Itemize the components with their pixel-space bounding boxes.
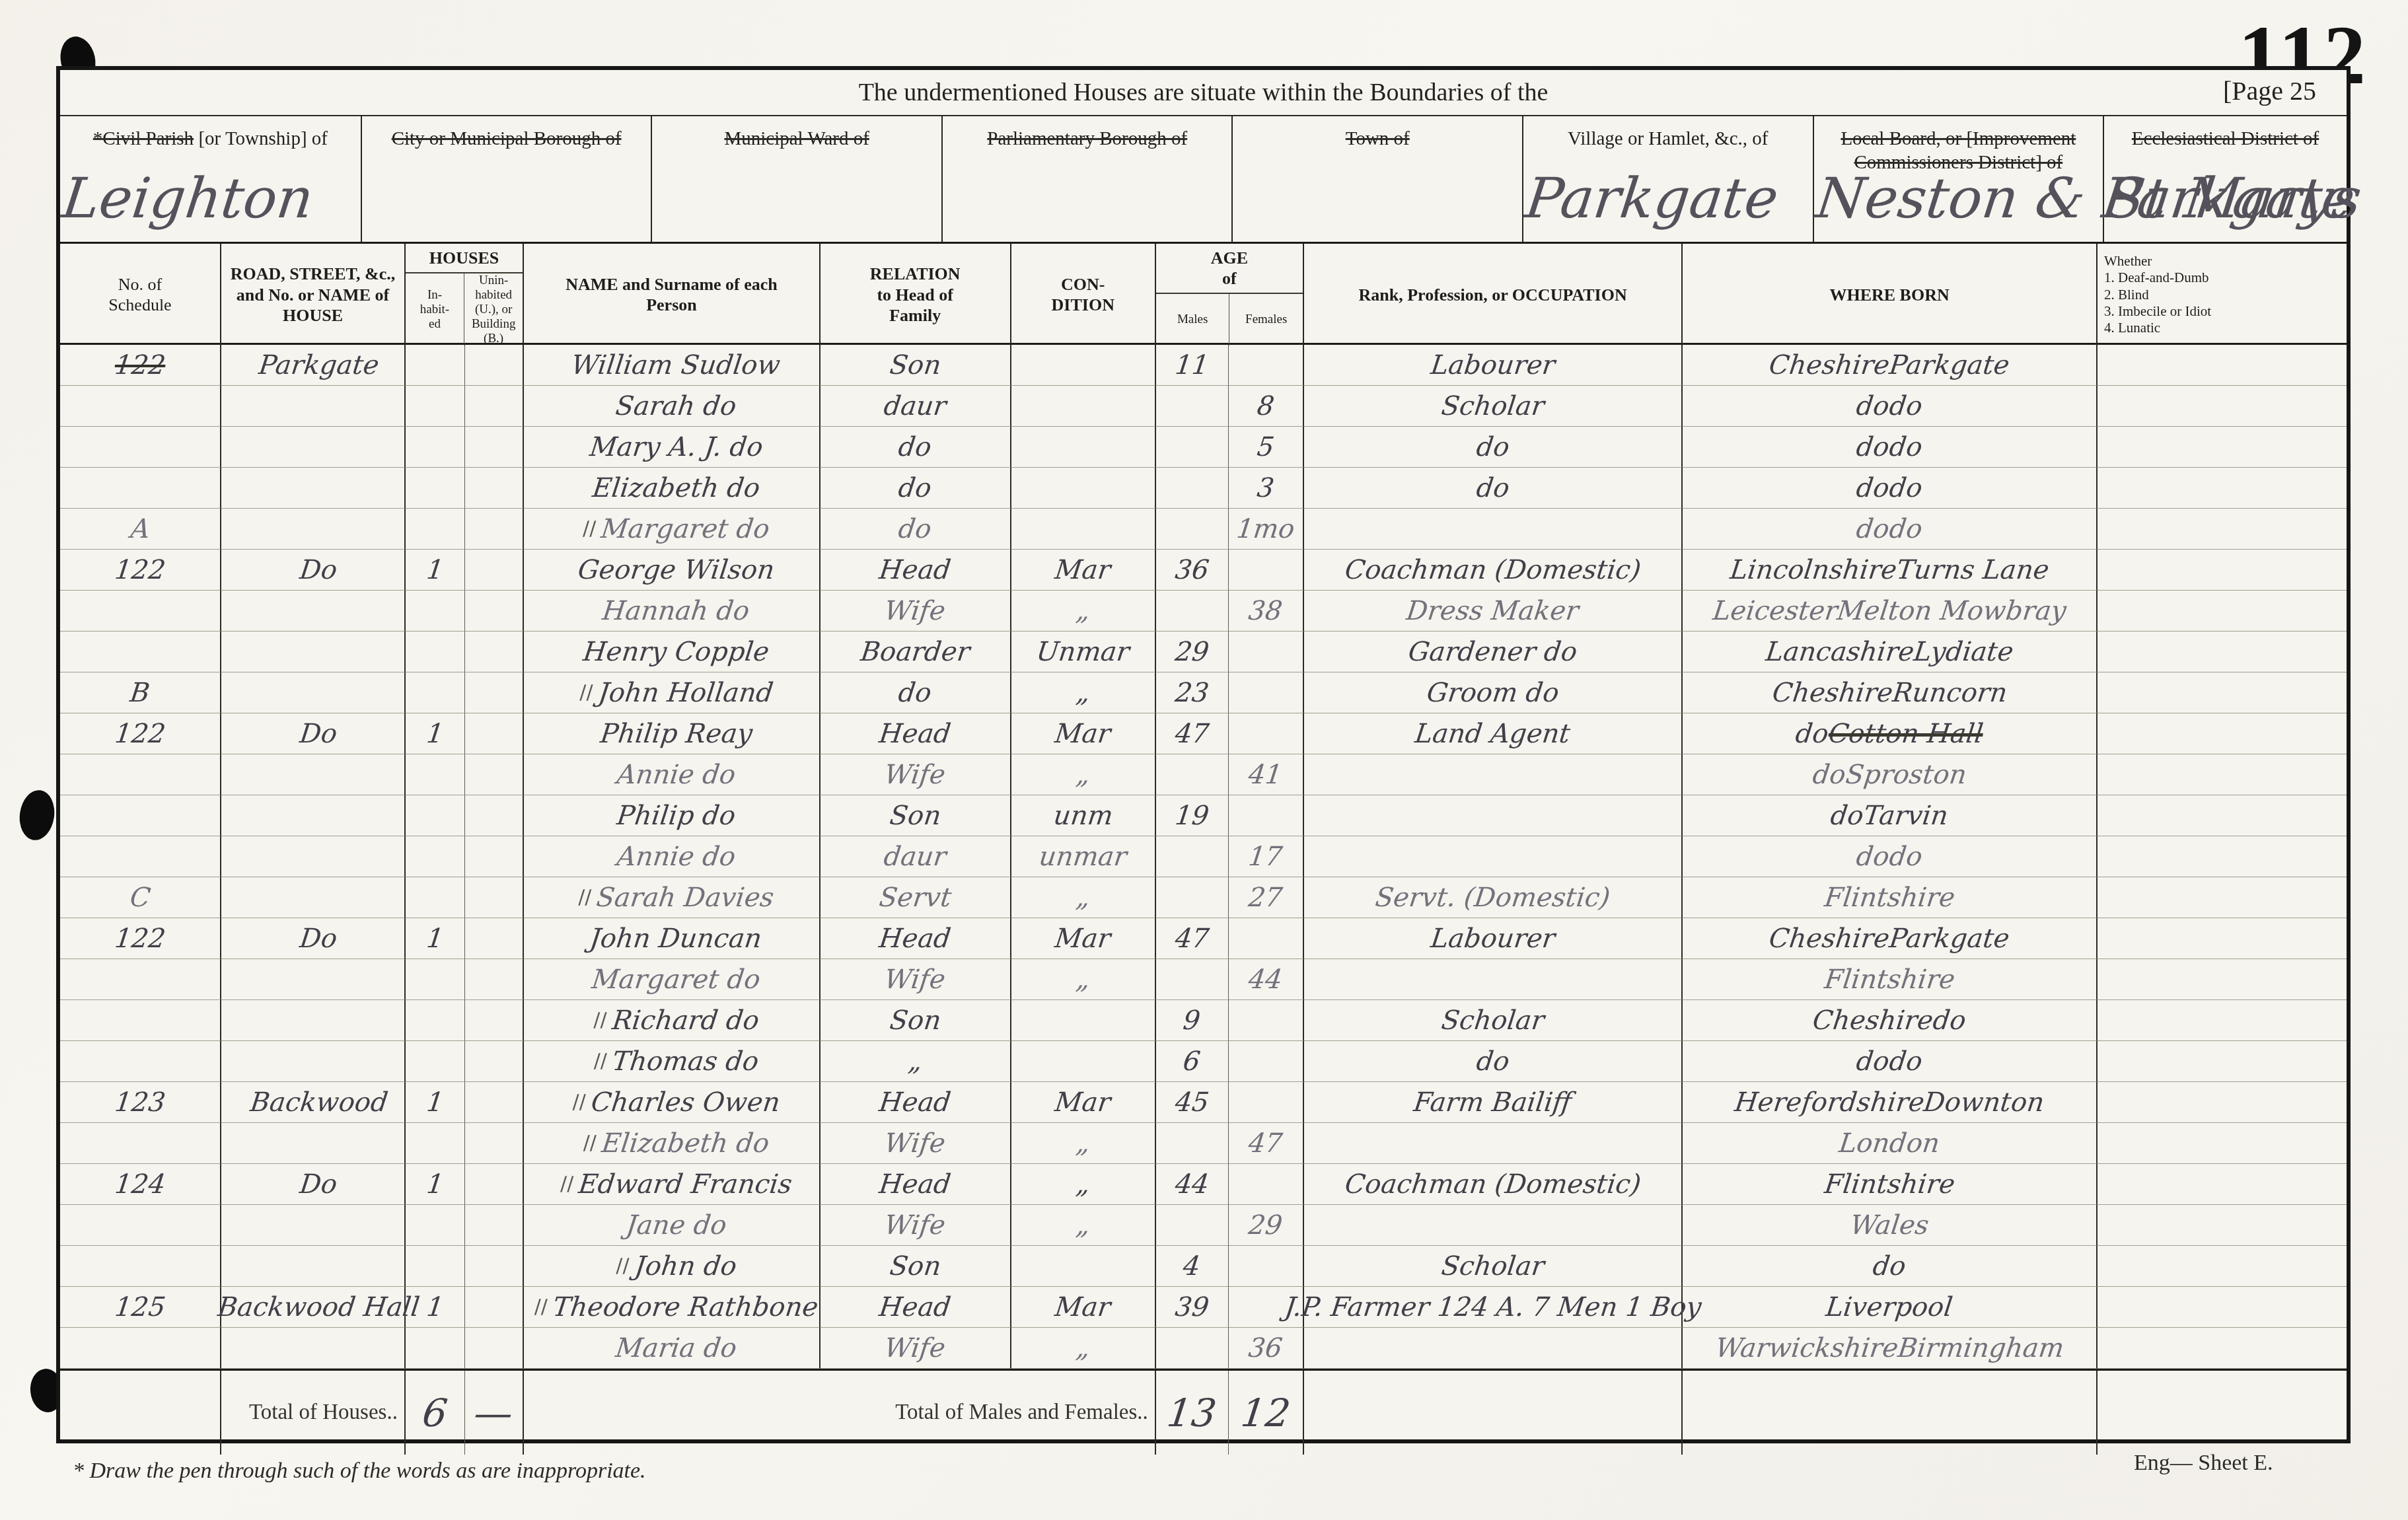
cell-occupation: Scholar bbox=[1304, 1246, 1683, 1287]
cell-born-right: Runcorn bbox=[1891, 678, 2009, 708]
cell-age-male: 23 bbox=[1156, 672, 1229, 713]
cell-born: dodo bbox=[1683, 509, 2098, 550]
cell-condition-text: „ bbox=[1074, 1333, 1091, 1363]
cell-occupation: Coachman (Domestic) bbox=[1304, 550, 1683, 591]
cell-born-left: Herefordshire bbox=[1733, 1087, 1926, 1118]
form-border: The undermentioned Houses are situate wi… bbox=[56, 66, 2351, 1443]
cell-name: ∕∕Charles Owen bbox=[524, 1082, 821, 1123]
cell-road bbox=[221, 959, 406, 1000]
tick-mark: ∕∕ bbox=[593, 1009, 606, 1032]
cell-infirmity bbox=[2098, 468, 2347, 509]
cell-schedule: 122 bbox=[60, 713, 221, 754]
cell-name: Hannah do bbox=[524, 591, 821, 632]
cell-age-male-text: 39 bbox=[1173, 1292, 1211, 1322]
cell-age-male: 45 bbox=[1156, 1082, 1229, 1123]
cell-schedule-text: 122 bbox=[113, 719, 167, 749]
cell-schedule bbox=[60, 427, 221, 468]
cell-infirmity bbox=[2098, 1041, 2347, 1082]
cell-occupation-text: Scholar bbox=[1440, 1251, 1546, 1282]
cell-occupation-text: Labourer bbox=[1429, 923, 1556, 954]
census-row: Mary A. J. dodo5dododo bbox=[60, 427, 2347, 468]
cell-age-female: 47 bbox=[1229, 1123, 1305, 1164]
cell-born-left: Lincolnshire bbox=[1728, 555, 1899, 585]
cell-name-text: Elizabeth do bbox=[600, 1128, 771, 1159]
total-houses-value: 6 bbox=[420, 1391, 450, 1435]
cell-condition-text: Mar bbox=[1053, 1292, 1113, 1322]
census-row: B∕∕John Hollanddo„23Groom doCheshireRunc… bbox=[60, 672, 2347, 713]
cell-road: Backwood Hall bbox=[221, 1287, 406, 1328]
cell-schedule bbox=[60, 1328, 221, 1369]
cell-age-male-text: 4 bbox=[1182, 1251, 1202, 1282]
cell-infirmity bbox=[2098, 754, 2347, 795]
cell-road-text: Backwood Hall bbox=[216, 1292, 421, 1322]
cell-name: Henry Copple bbox=[524, 632, 821, 672]
cell-inhabited bbox=[406, 345, 465, 386]
cell-born-left: Flintshire bbox=[1823, 1169, 1957, 1200]
cell-schedule: 122 bbox=[60, 918, 221, 959]
totals-empty bbox=[2098, 1371, 2347, 1455]
cell-condition: unm bbox=[1011, 795, 1156, 836]
cell-occupation bbox=[1304, 509, 1683, 550]
cell-name-text: Theodore Rathbone bbox=[551, 1292, 820, 1322]
census-row: Maria doWife„36WarwickshireBirmingham bbox=[60, 1328, 2347, 1369]
cell-occupation-text: Coachman (Domestic) bbox=[1343, 555, 1642, 585]
cell-age-female bbox=[1229, 632, 1305, 672]
cell-relation-text: Wife bbox=[883, 964, 947, 995]
cell-schedule bbox=[60, 468, 221, 509]
cell-relation: daur bbox=[821, 386, 1011, 427]
cell-age-male-text: 47 bbox=[1173, 719, 1211, 749]
cell-age-male bbox=[1156, 386, 1229, 427]
cell-road bbox=[221, 795, 406, 836]
cell-born: dodo bbox=[1683, 1041, 2098, 1082]
footnote: * Draw the pen through such of the words… bbox=[73, 1459, 646, 1484]
cell-relation-text: Servt bbox=[877, 883, 953, 913]
cell-born: Liverpool bbox=[1683, 1287, 2098, 1328]
cell-condition bbox=[1011, 1246, 1156, 1287]
cell-relation: Boarder bbox=[821, 632, 1011, 672]
col-header-condition: CON- DITION bbox=[1011, 244, 1156, 345]
cell-name: Sarah do bbox=[524, 386, 821, 427]
district-label-struck: *Civil Parish bbox=[93, 128, 194, 149]
cell-uninhabited bbox=[465, 713, 525, 754]
cell-relation-text: Wife bbox=[883, 1333, 947, 1363]
cell-occupation: do bbox=[1304, 468, 1683, 509]
cell-infirmity bbox=[2098, 509, 2347, 550]
cell-born: do bbox=[1683, 1246, 2098, 1287]
cell-age-male-text: 11 bbox=[1173, 350, 1211, 380]
cell-schedule-text: 125 bbox=[113, 1292, 167, 1322]
cell-schedule-text: C bbox=[128, 883, 152, 913]
cell-infirmity bbox=[2098, 918, 2347, 959]
cell-age-male: 19 bbox=[1156, 795, 1229, 836]
census-row: 122ParkgateWilliam SudlowSon11LabourerCh… bbox=[60, 345, 2347, 386]
cell-relation: daur bbox=[821, 836, 1011, 877]
cell-age-male bbox=[1156, 468, 1229, 509]
cell-uninhabited bbox=[465, 509, 525, 550]
cell-condition bbox=[1011, 1041, 1156, 1082]
cell-relation-text: daur bbox=[882, 842, 948, 872]
total-houses-label: Total of Houses.. bbox=[221, 1371, 406, 1455]
cell-road bbox=[221, 836, 406, 877]
cell-infirmity bbox=[2098, 795, 2347, 836]
cell-name: ∕∕Richard do bbox=[524, 1000, 821, 1041]
cell-inhabited: 1 bbox=[406, 1287, 465, 1328]
cell-age-male bbox=[1156, 877, 1229, 918]
cell-uninhabited bbox=[465, 591, 525, 632]
cell-condition: „ bbox=[1011, 959, 1156, 1000]
cell-relation-text: Wife bbox=[883, 1128, 947, 1159]
cell-road: Do bbox=[221, 918, 406, 959]
page-bracket: [Page 25 bbox=[2223, 75, 2316, 106]
district-label-struck: Municipal Ward of bbox=[724, 128, 869, 149]
cell-age-female: 3 bbox=[1229, 468, 1305, 509]
cell-uninhabited bbox=[465, 386, 525, 427]
col-header-females: Females bbox=[1229, 294, 1303, 345]
cell-born-right: do bbox=[1887, 473, 1924, 503]
cell-relation-text: do bbox=[897, 432, 933, 462]
cell-name-text: Margaret do bbox=[590, 964, 762, 995]
census-row: ∕∕Richard doSon9ScholarCheshiredo bbox=[60, 1000, 2347, 1041]
cell-age-male: 44 bbox=[1156, 1164, 1229, 1205]
cell-road: Do bbox=[221, 1164, 406, 1205]
cell-age-male: 47 bbox=[1156, 918, 1229, 959]
cell-occupation: Scholar bbox=[1304, 1000, 1683, 1041]
cell-age-male bbox=[1156, 591, 1229, 632]
cell-condition-text: Mar bbox=[1053, 1087, 1113, 1118]
district-label-struck: Ecclesiastical District of bbox=[2132, 128, 2319, 149]
cell-name-text: Sarah do bbox=[614, 391, 738, 421]
cell-age-female bbox=[1229, 1041, 1305, 1082]
census-row: A∕∕Margaret dodo1mododo bbox=[60, 509, 2347, 550]
cell-road: Do bbox=[221, 550, 406, 591]
cell-condition bbox=[1011, 1000, 1156, 1041]
cell-name-text: Maria do bbox=[614, 1333, 739, 1363]
cell-age-female bbox=[1229, 550, 1305, 591]
census-row: 122Do1John DuncanHeadMar47LabourerCheshi… bbox=[60, 918, 2347, 959]
col-header-rank: Rank, Profession, or OCCUPATION bbox=[1304, 244, 1683, 345]
cell-occupation-text: Farm Bailiff bbox=[1412, 1087, 1573, 1118]
cell-age-male bbox=[1156, 1123, 1229, 1164]
district-cell: City or Municipal Borough of bbox=[362, 116, 653, 242]
cell-relation: Wife bbox=[821, 959, 1011, 1000]
cell-condition: Mar bbox=[1011, 918, 1156, 959]
cell-infirmity bbox=[2098, 1123, 2347, 1164]
cell-age-male: 9 bbox=[1156, 1000, 1229, 1041]
cell-age-female: 38 bbox=[1229, 591, 1305, 632]
district-cell: Ecclesiastical District ofSt Marys bbox=[2104, 116, 2347, 242]
cell-occupation-text: Dress Maker bbox=[1405, 596, 1581, 626]
total-females-value: 12 bbox=[1239, 1391, 1293, 1435]
cell-road bbox=[221, 754, 406, 795]
district-label: Village or Hamlet, &c., of bbox=[1568, 128, 1768, 149]
cell-road bbox=[221, 1123, 406, 1164]
cell-name-text: John Duncan bbox=[589, 923, 764, 954]
cell-age-male bbox=[1156, 1205, 1229, 1246]
cell-age-male bbox=[1156, 427, 1229, 468]
col-header-relation: RELATION to Head of Family bbox=[821, 244, 1011, 345]
sheet-label: Eng— Sheet E. bbox=[2134, 1451, 2273, 1476]
cell-relation: Son bbox=[821, 795, 1011, 836]
cell-born-right: Sproston bbox=[1844, 760, 1968, 790]
cell-schedule bbox=[60, 1205, 221, 1246]
cell-born: Flintshire bbox=[1683, 877, 2098, 918]
cell-schedule: B bbox=[60, 672, 221, 713]
cell-relation: Son bbox=[821, 345, 1011, 386]
cell-inhabited bbox=[406, 1246, 465, 1287]
cell-relation: Servt bbox=[821, 877, 1011, 918]
cell-age-female-text: 27 bbox=[1247, 883, 1284, 913]
cell-name: ∕∕John do bbox=[524, 1246, 821, 1287]
cell-occupation bbox=[1304, 795, 1683, 836]
cell-road-text: Do bbox=[299, 555, 340, 585]
cell-infirmity bbox=[2098, 713, 2347, 754]
cell-name: Margaret do bbox=[524, 959, 821, 1000]
cell-condition-text: „ bbox=[1074, 1169, 1091, 1200]
cell-inhabited: 1 bbox=[406, 550, 465, 591]
cell-age-female: 8 bbox=[1229, 386, 1305, 427]
cell-age-male-text: 47 bbox=[1173, 923, 1211, 954]
cell-condition: „ bbox=[1011, 1328, 1156, 1369]
census-row: ∕∕Thomas do„6dododo bbox=[60, 1041, 2347, 1082]
cell-occupation: Land Agent bbox=[1304, 713, 1683, 754]
cell-occupation-text: Gardener do bbox=[1406, 637, 1579, 667]
cell-born-right: do bbox=[1887, 1046, 1924, 1077]
cell-occupation: do bbox=[1304, 1041, 1683, 1082]
cell-relation-text: do bbox=[897, 514, 933, 544]
census-row: 122Do1George WilsonHeadMar36Coachman (Do… bbox=[60, 550, 2347, 591]
cell-age-male-text: 36 bbox=[1173, 555, 1211, 585]
cell-inhabited bbox=[406, 1123, 465, 1164]
cell-born: Wales bbox=[1683, 1205, 2098, 1246]
cell-occupation bbox=[1304, 1205, 1683, 1246]
cell-born-right: Tarvin bbox=[1862, 801, 1950, 831]
cell-born: Cheshiredo bbox=[1683, 1000, 2098, 1041]
cell-born: doSproston bbox=[1683, 754, 2098, 795]
cell-born-left: Cheshire bbox=[1768, 350, 1892, 380]
cell-schedule: 123 bbox=[60, 1082, 221, 1123]
cell-age-male: 6 bbox=[1156, 1041, 1229, 1082]
cell-name-text: Mary A. J. do bbox=[588, 432, 764, 462]
cell-relation: do bbox=[821, 468, 1011, 509]
cell-born-left: Cheshire bbox=[1770, 678, 1895, 708]
cell-born-left: Warwickshire bbox=[1714, 1333, 1900, 1363]
cell-born-left: do bbox=[1855, 514, 1891, 544]
cell-occupation bbox=[1304, 754, 1683, 795]
census-row: Hannah doWife„38Dress MakerLeicesterMelt… bbox=[60, 591, 2347, 632]
cell-schedule: 125 bbox=[60, 1287, 221, 1328]
cell-schedule-text: 123 bbox=[113, 1087, 167, 1118]
cell-born-left: do bbox=[1855, 1046, 1891, 1077]
cell-inhabited: 1 bbox=[406, 1082, 465, 1123]
cell-relation-text: Head bbox=[877, 1292, 953, 1322]
cell-condition-text: unm bbox=[1052, 801, 1114, 831]
cell-relation: do bbox=[821, 427, 1011, 468]
cell-occupation bbox=[1304, 836, 1683, 877]
cell-occupation bbox=[1304, 1123, 1683, 1164]
cell-name: Annie do bbox=[524, 754, 821, 795]
cell-schedule bbox=[60, 591, 221, 632]
district-value-handwritten: Neston & Parkgate bbox=[1812, 164, 2109, 233]
cell-infirmity bbox=[2098, 1246, 2347, 1287]
cell-road bbox=[221, 1000, 406, 1041]
cell-born-right: do bbox=[1887, 432, 1924, 462]
cell-condition: Mar bbox=[1011, 1287, 1156, 1328]
cell-schedule-text: 122 bbox=[113, 555, 167, 585]
cell-age-male-text: 6 bbox=[1182, 1046, 1202, 1077]
tick-mark: ∕∕ bbox=[534, 1295, 548, 1319]
cell-uninhabited bbox=[465, 1205, 525, 1246]
col-header-infirmity: Whether 1. Deaf-and-Dumb 2. Blind 3. Imb… bbox=[2098, 244, 2347, 345]
cell-born-left: do bbox=[1829, 801, 1866, 831]
cell-condition-text: „ bbox=[1074, 678, 1091, 708]
cell-name: Elizabeth do bbox=[524, 468, 821, 509]
cell-relation: „ bbox=[821, 1041, 1011, 1082]
cell-uninhabited bbox=[465, 1246, 525, 1287]
cell-condition: „ bbox=[1011, 754, 1156, 795]
cell-born: LancashireLydiate bbox=[1683, 632, 2098, 672]
cell-born: WarwickshireBirmingham bbox=[1683, 1328, 2098, 1369]
cell-inhabited-text: 1 bbox=[425, 1087, 445, 1118]
cell-born: Flintshire bbox=[1683, 959, 2098, 1000]
census-row: 125Backwood Hall1∕∕Theodore RathboneHead… bbox=[60, 1287, 2347, 1328]
cell-name: ∕∕Thomas do bbox=[524, 1041, 821, 1082]
cell-occupation-text: do bbox=[1475, 473, 1511, 503]
cell-schedule-text: 124 bbox=[113, 1169, 167, 1200]
cell-born: dodo bbox=[1683, 836, 2098, 877]
cell-road bbox=[221, 1246, 406, 1287]
census-table: No. of Schedule ROAD, STREET, &c., and N… bbox=[60, 244, 2347, 1455]
census-row: Elizabeth dodo3dododo bbox=[60, 468, 2347, 509]
cell-name-text: John do bbox=[633, 1251, 739, 1282]
cell-condition bbox=[1011, 509, 1156, 550]
cell-road bbox=[221, 672, 406, 713]
cell-condition-text: Mar bbox=[1053, 555, 1113, 585]
cell-name: William Sudlow bbox=[524, 345, 821, 386]
cell-born: dodo bbox=[1683, 468, 2098, 509]
cell-relation: Head bbox=[821, 550, 1011, 591]
cell-age-female: 1mo bbox=[1229, 509, 1305, 550]
cell-age-female-text: 29 bbox=[1247, 1210, 1284, 1241]
cell-road bbox=[221, 1205, 406, 1246]
tick-mark: ∕∕ bbox=[579, 681, 593, 704]
cell-age-female-text: 5 bbox=[1255, 432, 1276, 462]
cell-schedule: 124 bbox=[60, 1164, 221, 1205]
cell-inhabited bbox=[406, 509, 465, 550]
cell-condition: Mar bbox=[1011, 713, 1156, 754]
cell-born-left: Flintshire bbox=[1823, 964, 1957, 995]
col-header-schedule: No. of Schedule bbox=[60, 244, 221, 345]
cell-occupation: do bbox=[1304, 427, 1683, 468]
cell-name-text: Philip Reay bbox=[599, 719, 754, 749]
cell-occupation: Farm Bailiff bbox=[1304, 1082, 1683, 1123]
cell-inhabited-text: 1 bbox=[425, 923, 445, 954]
table-header: No. of Schedule ROAD, STREET, &c., and N… bbox=[60, 244, 2347, 345]
cell-road bbox=[221, 591, 406, 632]
cell-condition-text: „ bbox=[1074, 1210, 1091, 1241]
cell-age-female: 17 bbox=[1229, 836, 1305, 877]
cell-uninhabited bbox=[465, 836, 525, 877]
district-value-handwritten: Leighton bbox=[59, 164, 368, 233]
cell-name: Jane do bbox=[524, 1205, 821, 1246]
tick-mark: ∕∕ bbox=[573, 1091, 586, 1114]
cell-inhabited: 1 bbox=[406, 713, 465, 754]
cell-age-male-text: 19 bbox=[1173, 801, 1211, 831]
cell-schedule-text: B bbox=[128, 678, 151, 708]
cell-schedule bbox=[60, 1000, 221, 1041]
heading-band: The undermentioned Houses are situate wi… bbox=[60, 70, 2347, 116]
district-cell: Local Board, or [Improvement Commissione… bbox=[1814, 116, 2105, 242]
cell-occupation-text: do bbox=[1475, 1046, 1511, 1077]
cell-age-male-text: 23 bbox=[1173, 678, 1211, 708]
cell-road bbox=[221, 1041, 406, 1082]
cell-born-right: Lydiate bbox=[1912, 637, 2015, 667]
cell-age-male bbox=[1156, 959, 1229, 1000]
cell-schedule bbox=[60, 386, 221, 427]
cell-born-left: do bbox=[1855, 432, 1891, 462]
cell-condition-text: „ bbox=[1074, 964, 1091, 995]
cell-infirmity bbox=[2098, 1287, 2347, 1328]
total-males-value: 13 bbox=[1165, 1391, 1219, 1435]
cell-relation-text: Son bbox=[888, 1005, 943, 1036]
cell-age-male: 4 bbox=[1156, 1246, 1229, 1287]
cell-born: HerefordshireDownton bbox=[1683, 1082, 2098, 1123]
cell-born-right: do bbox=[1887, 842, 1924, 872]
cell-schedule bbox=[60, 959, 221, 1000]
cell-age-male: 29 bbox=[1156, 632, 1229, 672]
cell-uninhabited bbox=[465, 877, 525, 918]
cell-relation: Head bbox=[821, 1287, 1011, 1328]
cell-age-female bbox=[1229, 672, 1305, 713]
census-row: ∕∕Elizabeth doWife„47London bbox=[60, 1123, 2347, 1164]
col-header-age: AGE of Males Females bbox=[1156, 244, 1304, 345]
cell-age-male: 36 bbox=[1156, 550, 1229, 591]
cell-age-female-text: 17 bbox=[1247, 842, 1284, 872]
cell-name: ∕∕John Holland bbox=[524, 672, 821, 713]
total-uninhabited-value: — bbox=[472, 1391, 515, 1435]
cell-inhabited bbox=[406, 877, 465, 918]
cell-born: London bbox=[1683, 1123, 2098, 1164]
cell-name: ∕∕Sarah Davies bbox=[524, 877, 821, 918]
cell-occupation-text: Servt. (Domestic) bbox=[1373, 883, 1612, 913]
cell-inhabited bbox=[406, 754, 465, 795]
cell-uninhabited bbox=[465, 468, 525, 509]
cell-occupation-text: Groom do bbox=[1425, 678, 1560, 708]
cell-relation-text: „ bbox=[906, 1046, 924, 1077]
cell-uninhabited bbox=[465, 754, 525, 795]
cell-age-male-text: 44 bbox=[1173, 1169, 1211, 1200]
cell-road-text: Do bbox=[299, 923, 340, 954]
cell-age-male bbox=[1156, 836, 1229, 877]
cell-condition-text: „ bbox=[1074, 596, 1091, 626]
cell-relation: Wife bbox=[821, 754, 1011, 795]
cell-road bbox=[221, 386, 406, 427]
cell-road bbox=[221, 427, 406, 468]
cell-born-left: Flintshire bbox=[1823, 883, 1957, 913]
cell-uninhabited bbox=[465, 918, 525, 959]
cell-born-left: do bbox=[1811, 760, 1847, 790]
cell-schedule-text: 122 bbox=[113, 350, 167, 380]
cell-name-text: Henry Copple bbox=[581, 637, 771, 667]
census-row: Margaret doWife„44Flintshire bbox=[60, 959, 2347, 1000]
cell-born-left: Leicester bbox=[1711, 596, 1839, 626]
cell-occupation-text: Coachman (Domestic) bbox=[1343, 1169, 1642, 1200]
cell-uninhabited bbox=[465, 427, 525, 468]
cell-inhabited-text: 1 bbox=[425, 555, 445, 585]
cell-relation-text: do bbox=[897, 473, 933, 503]
cell-infirmity bbox=[2098, 1328, 2347, 1369]
cell-road: Backwood bbox=[221, 1082, 406, 1123]
